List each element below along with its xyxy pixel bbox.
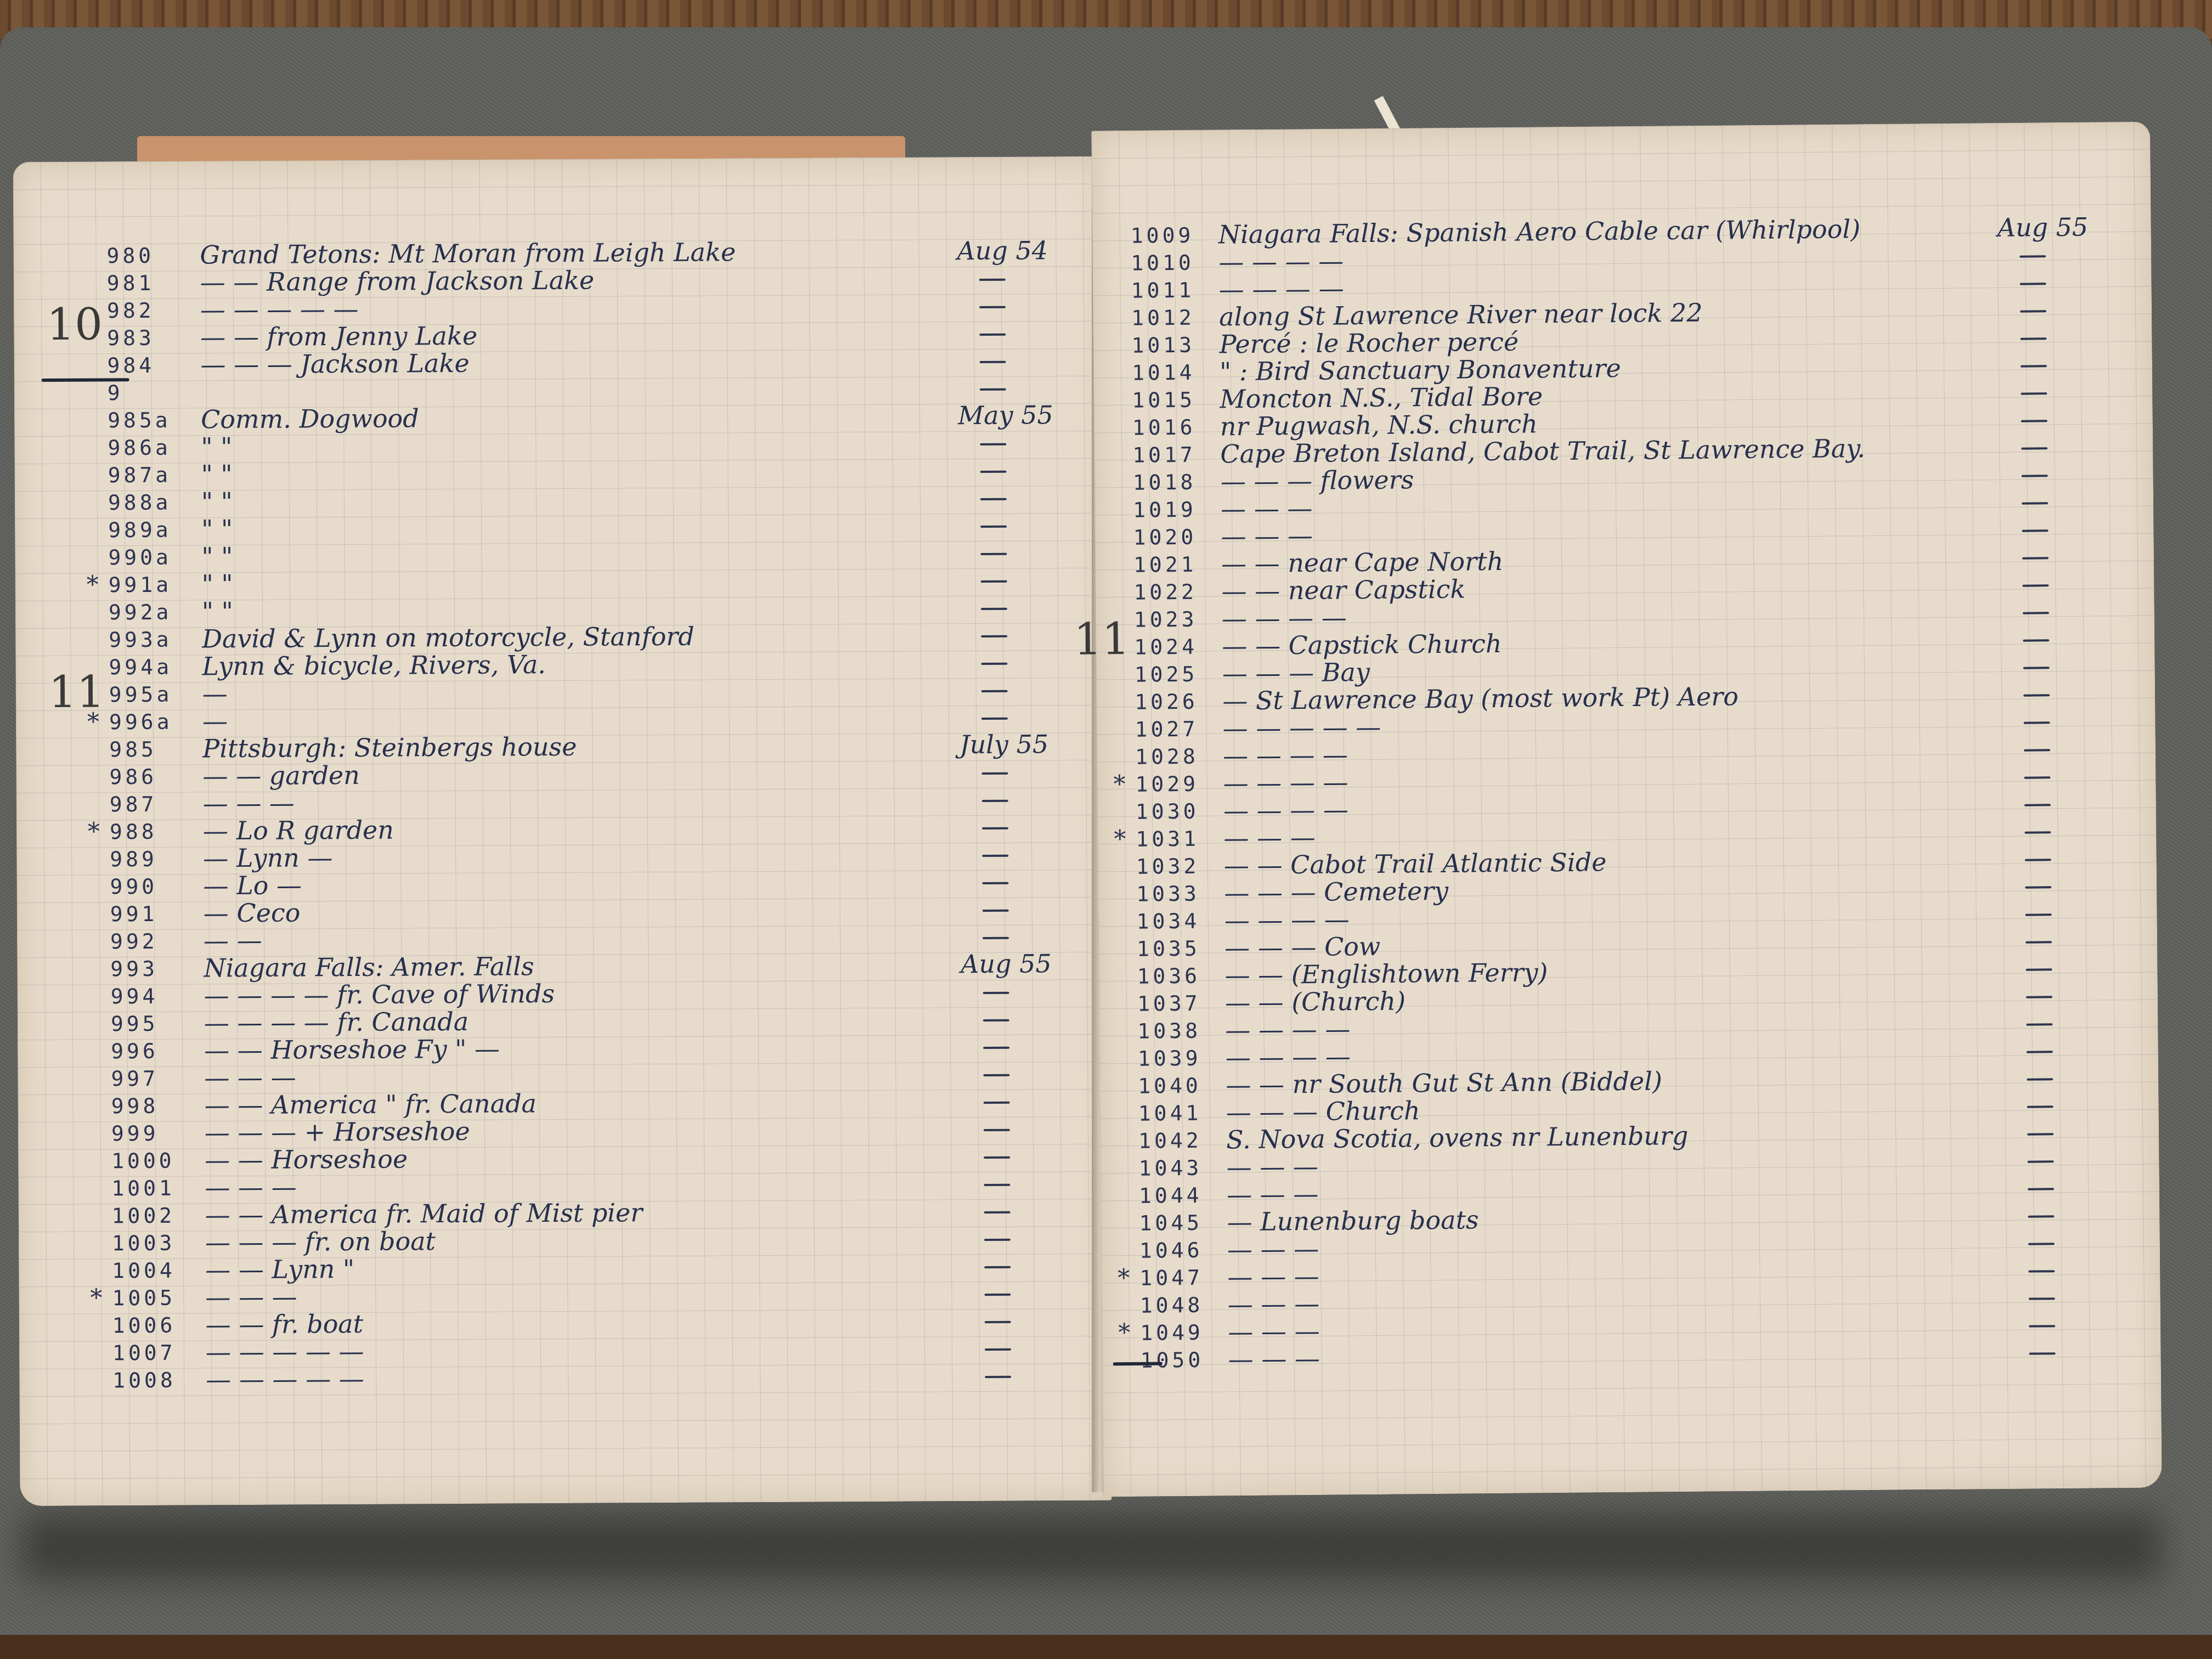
ditto-dash (2023, 612, 2049, 614)
entry-description: — — — — (1218, 246, 1344, 276)
entry-number: 1007 (112, 1341, 176, 1365)
entry-description: — — — (203, 788, 295, 819)
ditto-dash (2028, 1160, 2054, 1163)
entry-description: — — — — (1218, 273, 1344, 304)
entry-description: — — — (204, 1063, 296, 1093)
star-mark-icon: * (87, 571, 99, 599)
entry-description: along St Lawrence River near lock 22 (1219, 298, 1703, 332)
entry-description: — — — (1221, 493, 1313, 523)
entry-number: 1033 (1136, 882, 1200, 906)
entry-description: — — Capstick Church (1222, 629, 1502, 661)
entry-number: 986 (109, 765, 157, 789)
ditto-dash (982, 800, 1008, 802)
entry-description: — Lunenburg boats (1227, 1205, 1479, 1237)
entry-number: 1021 (1133, 552, 1197, 577)
entry-description: — — — (205, 1282, 297, 1312)
ditto-dash (2024, 831, 2051, 833)
star-mark-icon: * (1114, 825, 1126, 853)
entry-number: 1042 (1138, 1128, 1202, 1153)
entry-description: — — fr. boat (206, 1309, 364, 1340)
ditto-dash (2025, 859, 2051, 861)
entry-description: — — from Jenny Lake (200, 321, 477, 352)
margin-section-marker: 10 (47, 298, 103, 350)
entry-number: 1043 (1138, 1156, 1202, 1181)
entry-description: — — — (205, 1172, 297, 1203)
ditto-dash (2027, 1105, 2053, 1108)
entry-number: 1010 (1131, 251, 1194, 275)
ditto-dash (2021, 447, 2047, 449)
entry-description: — — — — (1226, 1041, 1351, 1072)
entry-number: 1020 (1133, 525, 1197, 550)
entry-description: — — — — (1224, 904, 1350, 935)
ditto-dash (2029, 1325, 2055, 1327)
entry-description: David & Lynn on motorcycle, Stanford (202, 622, 695, 654)
ditto-dash (983, 1019, 1009, 1022)
entry-number: 985a (108, 408, 171, 433)
ditto-dash (983, 910, 1009, 912)
entry-number: 988a (108, 490, 172, 515)
entry-description: — — — — (1223, 767, 1348, 798)
entry-description: — — — (1221, 521, 1313, 551)
entry-number: 1026 (1135, 690, 1198, 714)
ditto-dash (2029, 1297, 2055, 1300)
entry-description: — — — — — (206, 1336, 364, 1367)
entry-number: 1001 (111, 1176, 175, 1201)
entry-description: S. Nova Scotia, ovens nr Lunenburg (1226, 1121, 1689, 1154)
ditto-dash (979, 306, 1006, 308)
ditto-dash (980, 526, 1007, 528)
ditto-dash (2022, 529, 2049, 532)
entry-number: 990a (108, 545, 172, 570)
entry-description: — — — + Horseshoe (205, 1116, 470, 1148)
entry-description: — — — — (1225, 1014, 1350, 1045)
star-mark-icon: * (1118, 1319, 1130, 1347)
entry-number: 1032 (1136, 854, 1200, 879)
ditto-dash (983, 1047, 1009, 1049)
ditto-dash (2022, 584, 2049, 586)
ditto-dash (2021, 365, 2047, 367)
entry-number: 1045 (1139, 1211, 1203, 1235)
entry-number: 987a (108, 463, 171, 488)
entry-number: 985 (109, 737, 157, 761)
ditto-dash (980, 361, 1006, 363)
entry-description: Comm. Dogwood (201, 403, 419, 434)
entry-description: — — — (1228, 1289, 1320, 1319)
entry-description: — — — — — (200, 294, 359, 325)
star-mark-icon: * (90, 1284, 102, 1312)
ditto-dash (2020, 310, 2046, 312)
ditto-dash (2026, 996, 2052, 998)
ditto-dash (985, 1321, 1011, 1323)
entry-number: 1047 (1139, 1266, 1203, 1290)
entry-number: 983 (107, 326, 155, 350)
entry-description: — — — — (1223, 740, 1348, 770)
entry-number: 981 (107, 271, 155, 295)
ditto-dash (982, 827, 1008, 830)
entry-date: Aug 54 (957, 235, 1048, 266)
entry-number: 996a (109, 710, 173, 735)
entry-number: 982 (107, 298, 155, 323)
entry-description: " " (202, 596, 233, 626)
entry-number: 1013 (1131, 333, 1195, 358)
entry-number: 1019 (1133, 498, 1197, 522)
entry-number: 986a (108, 436, 171, 460)
entry-date: Aug 55 (961, 949, 1052, 979)
entry-number: 984 (107, 353, 155, 377)
ditto-dash (2025, 941, 2052, 943)
entry-description: — — — — (1222, 602, 1347, 633)
entry-description: — (202, 679, 228, 708)
entry-number: 993a (109, 628, 172, 652)
ditto-dash (980, 388, 1006, 391)
entry-description: — — garden (202, 760, 360, 791)
entry-number: 994a (109, 655, 172, 680)
ditto-dash (985, 1348, 1011, 1351)
entry-number: 1044 (1139, 1183, 1203, 1208)
entry-date: May 55 (958, 400, 1053, 430)
ditto-dash (983, 937, 1009, 939)
entry-number: 992a (109, 600, 172, 625)
ditto-dash (980, 471, 1007, 473)
entry-description: — — — flowers (1221, 465, 1414, 496)
ditto-dash (981, 608, 1007, 610)
entry-description: — — (Englishtown Ferry) (1224, 957, 1548, 990)
entry-number: 980 (106, 244, 154, 268)
entry-date: July 55 (960, 729, 1048, 759)
ditto-dash (2024, 776, 2051, 778)
entry-description: Niagara Falls: Spanish Aero Cable car (W… (1218, 214, 1861, 249)
entry-number: 1015 (1132, 388, 1195, 413)
entry-description: " : Bird Sanctuary Bonaventure (1220, 353, 1621, 386)
entry-description: — — — Cemetery (1224, 876, 1448, 908)
entry-number: 1027 (1135, 717, 1199, 742)
entry-number: 1004 (112, 1259, 176, 1283)
entry-description: Pittsburgh: Steinbergs house (202, 732, 577, 764)
ditto-dash (983, 992, 1009, 994)
entry-description: — — near Capstick (1221, 574, 1465, 606)
ditto-dash (981, 580, 1007, 583)
entry-number: 1038 (1137, 1019, 1201, 1043)
entry-number: 1031 (1136, 827, 1199, 851)
entry-number: 1034 (1137, 909, 1200, 934)
entry-number: 996 (111, 1039, 159, 1063)
entry-number: 1022 (1133, 580, 1197, 605)
entry-description: " " (201, 569, 233, 599)
entry-description: " " (201, 487, 233, 516)
ditto-dash (2025, 886, 2051, 888)
entry-description: — — — (1226, 1152, 1318, 1182)
ditto-dash (2028, 1215, 2054, 1217)
ditto-dash (984, 1239, 1011, 1241)
entry-description: — Lo — (203, 870, 302, 900)
entry-number: 1049 (1140, 1321, 1204, 1345)
entry-number: 1029 (1135, 772, 1199, 797)
entry-description: — — Horseshoe Fy " — (204, 1034, 500, 1065)
entry-description: — — — (1227, 1261, 1319, 1291)
entry-number: 997 (111, 1066, 159, 1091)
entry-description: — — — (1223, 822, 1316, 853)
entry-number: 1041 (1138, 1101, 1202, 1126)
ditto-dash (2027, 1133, 2053, 1135)
ditto-dash (2022, 502, 2048, 504)
entry-description: Lynn & bicycle, Rivers, Va. (202, 650, 546, 681)
entry-description: — — — — fr. Cave of Winds (204, 979, 555, 1010)
entry-number: 991a (109, 573, 172, 597)
entry-description: Grand Tetons: Mt Moran from Leigh Lake (200, 237, 736, 269)
entry-number: 1040 (1138, 1074, 1201, 1098)
ditto-dash (982, 855, 1008, 857)
entry-description: — — — (1228, 1344, 1320, 1374)
ditto-dash (2022, 557, 2049, 559)
notebook-shadow (22, 1514, 2162, 1580)
entry-number: 1024 (1134, 635, 1198, 659)
ditto-dash (980, 553, 1007, 555)
ditto-dash (981, 635, 1007, 637)
entry-number: 1006 (112, 1313, 176, 1338)
wooden-table-bottom (0, 1635, 2212, 1659)
ditto-dash (2024, 749, 2050, 751)
ditto-dash (980, 498, 1007, 500)
entry-description: — — Horseshoe (205, 1144, 408, 1175)
entry-description: — — — (1227, 1179, 1319, 1209)
ditto-dash (2021, 392, 2047, 394)
ditto-dash (2028, 1243, 2055, 1245)
entry-number: 9 (108, 381, 123, 405)
entry-description: — — Cabot Trail Atlantic Side (1224, 847, 1607, 880)
entry-number: 1008 (112, 1368, 176, 1393)
right-notebook-page: 1009Niagara Falls: Spanish Aero Cable ca… (1091, 122, 2162, 1497)
entry-description: — — America " fr. Canada (204, 1088, 537, 1120)
entry-number: 1023 (1134, 607, 1198, 632)
entry-number: 989a (108, 518, 172, 543)
entry-number: 999 (111, 1121, 159, 1145)
ditto-dash (984, 1156, 1010, 1159)
entry-number: 1009 (1131, 223, 1194, 248)
entry-number: 1050 (1141, 1348, 1204, 1373)
entry-description: — — (204, 926, 262, 956)
entry-description: Niagara Falls: Amer. Falls (204, 951, 534, 983)
entry-number: 998 (111, 1094, 159, 1118)
entry-number: 989 (110, 847, 157, 871)
entry-number: 1028 (1135, 744, 1199, 769)
entry-description: — — — (1228, 1316, 1320, 1346)
entry-number: 1016 (1132, 415, 1196, 440)
entry-description: " " (201, 541, 233, 571)
entry-number: 1035 (1137, 936, 1200, 961)
ditto-dash (2026, 1023, 2052, 1025)
section-end-line (1113, 1362, 1163, 1365)
ditto-dash (980, 443, 1006, 445)
entry-description: Cape Breton Island, Cabot Trail, St Lawr… (1220, 433, 1865, 469)
ditto-dash (982, 882, 1008, 884)
ditto-dash (2023, 694, 2050, 696)
entry-description: — St Lawrence Bay (most work Pt) Aero (1222, 681, 1739, 715)
entry-description: — — — — (1223, 794, 1348, 825)
entry-number: 995a (109, 682, 173, 707)
entry-number: 993 (110, 957, 158, 981)
entry-number: 987 (110, 792, 157, 816)
ditto-dash (984, 1266, 1011, 1268)
section-divider-line (42, 378, 129, 382)
entry-number: 988 (110, 820, 157, 844)
ditto-dash (2023, 667, 2050, 669)
ditto-dash (2027, 1078, 2053, 1080)
entry-description: — Lynn — (203, 843, 333, 873)
ditto-dash (983, 1074, 1009, 1076)
entry-number: 1036 (1137, 964, 1200, 989)
entry-description: — — — — — (1222, 712, 1381, 743)
ditto-dash (981, 772, 1008, 775)
ditto-dash (2021, 420, 2047, 422)
ditto-dash (981, 718, 1008, 720)
ditto-dash (2029, 1352, 2056, 1355)
entry-date: Aug 55 (1997, 212, 2089, 242)
entry-number: 1030 (1136, 799, 1199, 824)
entry-description: — — — — — (206, 1364, 364, 1395)
ditto-dash (2026, 968, 2052, 970)
entry-description: " " (201, 514, 233, 544)
entry-description: — — Range from Jackson Lake (200, 266, 595, 297)
entry-description: — — nr South Gut St Ann (Biddel) (1226, 1066, 1662, 1099)
entry-number: 1039 (1138, 1046, 1201, 1071)
ditto-dash (2028, 1188, 2054, 1190)
left-notebook-page: 980Grand Tetons: Mt Moran from Leigh Lak… (13, 156, 1112, 1506)
entry-description: — Lo R garden (203, 815, 394, 846)
star-mark-icon: * (88, 817, 100, 845)
entry-number: 1037 (1137, 991, 1201, 1016)
ditto-dash (984, 1102, 1010, 1104)
ditto-dash (2024, 804, 2051, 806)
entry-description: — Ceco (204, 898, 301, 928)
ditto-dash (2021, 337, 2047, 340)
ditto-dash (2028, 1270, 2055, 1272)
ditto-dash (984, 1129, 1010, 1131)
entry-description: — — — — fr. Canada (204, 1007, 469, 1038)
star-mark-icon: * (1118, 1264, 1130, 1292)
ditto-dash (979, 279, 1006, 281)
ditto-dash (979, 334, 1006, 336)
entry-number: 1014 (1132, 360, 1195, 385)
entry-number: 995 (111, 1012, 159, 1036)
entry-number: 1017 (1132, 443, 1196, 467)
ditto-dash (985, 1376, 1011, 1378)
entry-number: 1011 (1131, 278, 1195, 303)
entry-description: — — — Bay (1222, 657, 1370, 688)
entry-number: 1003 (112, 1231, 176, 1256)
entry-number: 1012 (1131, 306, 1195, 330)
entry-number: 990 (110, 874, 157, 899)
entry-description: " " (201, 432, 232, 461)
ditto-dash (2020, 283, 2046, 285)
ditto-dash (984, 1294, 1011, 1296)
ditto-dash (2027, 1051, 2053, 1053)
ditto-dash (2024, 721, 2050, 724)
ditto-dash (2022, 475, 2048, 477)
entry-number: 992 (110, 929, 158, 953)
entry-description: — — America fr. Maid of Mist pier (205, 1198, 643, 1229)
ditto-dash (2025, 913, 2052, 916)
entry-description: — — — Church (1226, 1096, 1420, 1127)
margin-section-marker: 11 (1074, 613, 1130, 665)
entry-number: 991 (110, 902, 158, 926)
ditto-dash (2023, 639, 2049, 641)
entry-description: — — Lynn " (205, 1254, 354, 1284)
ditto-dash (984, 1184, 1010, 1186)
ditto-dash (2019, 255, 2046, 257)
ditto-dash (984, 1211, 1011, 1214)
entry-number: 1002 (112, 1204, 176, 1228)
entry-description: " " (201, 459, 232, 489)
ditto-dash (981, 663, 1007, 665)
entry-number: 1025 (1135, 662, 1198, 687)
entry-number: 1048 (1140, 1293, 1204, 1318)
entry-number: 1018 (1133, 470, 1197, 495)
entry-description: — — — fr. on boat (205, 1226, 436, 1257)
ditto-dash (981, 690, 1008, 692)
entry-description: — — (Church) (1225, 986, 1406, 1018)
entry-description: — — — Jackson Lake (200, 348, 469, 380)
entry-number: 1000 (111, 1149, 175, 1173)
entry-number: 1046 (1139, 1238, 1203, 1263)
entry-description: — — — (1227, 1234, 1319, 1264)
star-mark-icon: * (1113, 770, 1125, 798)
entry-number: 1005 (112, 1286, 176, 1311)
entry-description: — — — Cow (1224, 932, 1381, 962)
entry-description: — (202, 706, 228, 736)
margin-section-marker: 11 (48, 666, 104, 718)
entry-number: 994 (110, 984, 158, 1008)
